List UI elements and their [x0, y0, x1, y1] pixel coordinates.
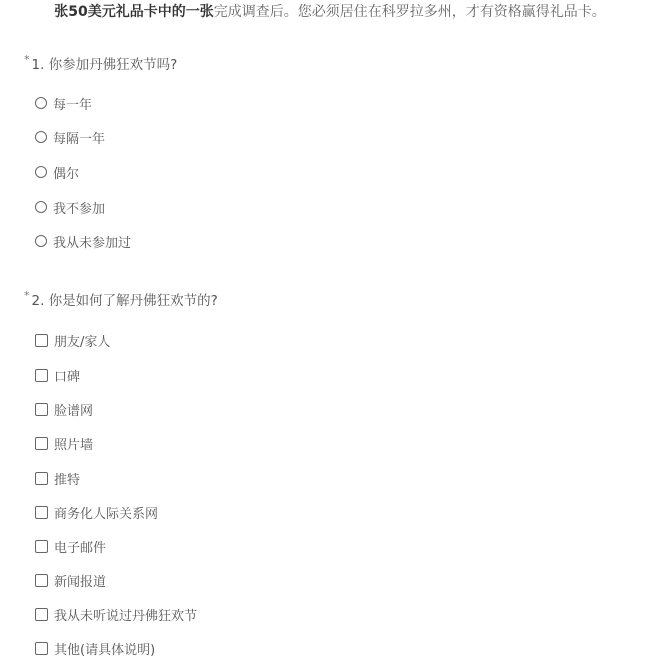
intro-bold-text: 张50美元礼品卡中的一张: [54, 4, 213, 20]
radio-option-occasionally[interactable]: 偶尔: [35, 162, 79, 182]
required-marker: *: [24, 53, 30, 66]
checkbox-icon[interactable]: [35, 506, 48, 519]
radio-icon[interactable]: [35, 201, 47, 213]
checkbox-option-facebook[interactable]: 脸谱网: [35, 399, 93, 419]
checkbox-option-news[interactable]: 新闻报道: [35, 570, 106, 590]
radio-option-do-not-attend[interactable]: 我不参加: [35, 197, 105, 217]
required-marker: *: [24, 289, 30, 302]
survey-intro: 张50美元礼品卡中的一张完成调查后。您必须居住在科罗拉多州，才有资格赢得礼品卡。: [0, 2, 660, 22]
checkbox-icon[interactable]: [35, 608, 48, 621]
checkbox-icon[interactable]: [35, 574, 48, 587]
checkbox-option-friends-family[interactable]: 朋友/家人: [35, 330, 110, 350]
checkbox-option-word-of-mouth[interactable]: 口碑: [35, 365, 80, 385]
checkbox-option-twitter[interactable]: 推特: [35, 468, 80, 488]
checkbox-option-linkedin[interactable]: 商务化人际关系网: [35, 502, 158, 522]
radio-option-every-other-year[interactable]: 每隔一年: [35, 127, 105, 147]
radio-option-every-year[interactable]: 每一年: [35, 93, 92, 113]
checkbox-option-email[interactable]: 电子邮件: [35, 536, 106, 556]
checkbox-option-never-heard[interactable]: 我从未听说过丹佛狂欢节: [35, 604, 197, 624]
radio-icon[interactable]: [35, 131, 47, 143]
radio-icon[interactable]: [35, 166, 47, 178]
checkbox-icon[interactable]: [35, 369, 48, 382]
checkbox-icon[interactable]: [35, 642, 48, 655]
checkbox-icon[interactable]: [35, 334, 48, 347]
question-1-label: *1. 你参加丹佛狂欢节吗?: [24, 53, 177, 73]
checkbox-option-other[interactable]: 其他(请具体说明): [35, 638, 155, 658]
checkbox-icon[interactable]: [35, 540, 48, 553]
question-2-label: *2. 你是如何了解丹佛狂欢节的?: [24, 289, 218, 309]
radio-option-never-attended[interactable]: 我从未参加过: [35, 231, 131, 251]
radio-icon[interactable]: [35, 235, 47, 247]
checkbox-option-instagram[interactable]: 照片墙: [35, 433, 93, 453]
radio-icon[interactable]: [35, 97, 47, 109]
checkbox-icon[interactable]: [35, 437, 48, 450]
checkbox-icon[interactable]: [35, 472, 48, 485]
checkbox-icon[interactable]: [35, 403, 48, 416]
intro-text: 完成调查后。您必须居住在科罗拉多州，才有资格赢得礼品卡。: [214, 4, 606, 20]
